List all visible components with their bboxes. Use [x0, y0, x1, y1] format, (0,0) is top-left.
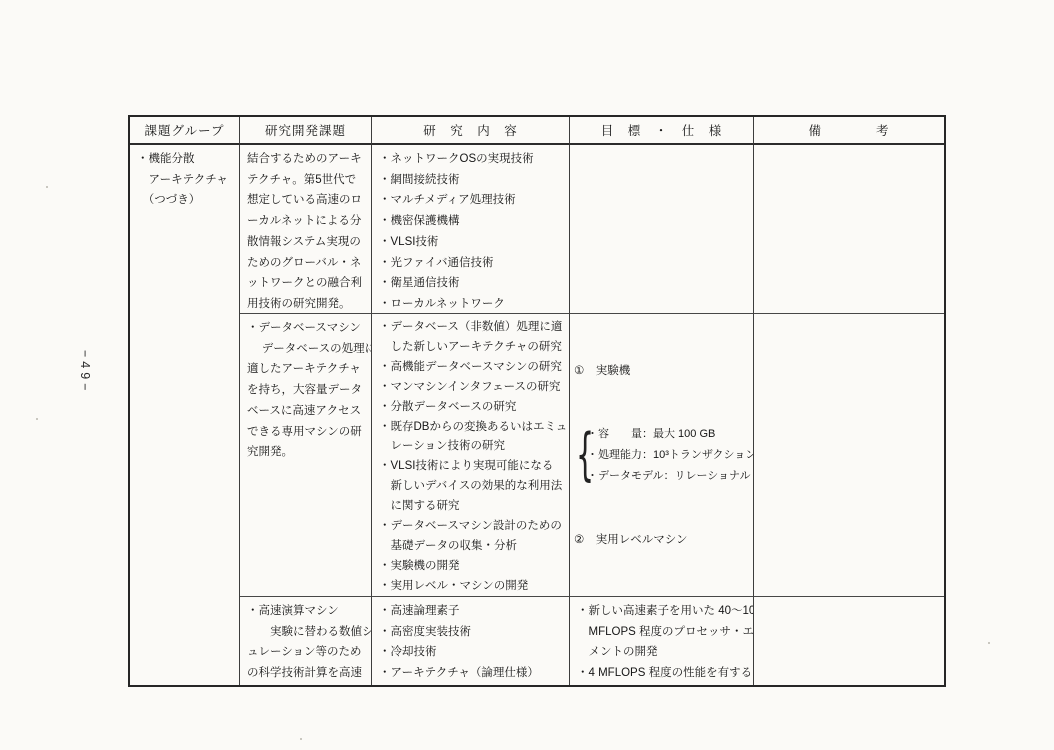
text-line: 散情報システム実現の [247, 232, 369, 253]
col-header-topic-group: 課題グループ [130, 117, 240, 145]
text-line: ・マルチメディア処理技術 [379, 190, 567, 211]
text-line: データベースの処理に [247, 339, 369, 360]
research-content-cell-3: ・高速論理素子・高密度実装技術・冷却技術・アーキテクチャ（論理仕様） [372, 597, 570, 685]
text-line: ・高密度実装技術 [379, 622, 567, 643]
page-number: −49− [78, 350, 92, 395]
text-line: ・衛星通信技術 [379, 273, 567, 294]
text-line: 適したアーキテクチャ [247, 359, 369, 380]
text-line: ・4 MFLOPS 程度の性能を有する [577, 663, 751, 684]
goal-spec-cell-2: ① 実験機 { ・容 量：最大 100 GB・処理能力：10³トランザクション/… [570, 314, 754, 597]
text-line: アーキテクチャ [137, 170, 237, 191]
text-line: に関する研究 [379, 497, 567, 517]
col-header-research-content: 研 究 内 容 [372, 117, 570, 145]
text-line: ・高機能データベースマシンの研究 [379, 358, 567, 378]
text-line: ・機密保護機構 [379, 211, 567, 232]
text-line: 基礎データの収集・分析 [379, 537, 567, 557]
research-content-cell-1: ・ネットワークOSの実現技術・網間接続技術・マルチメディア処理技術・機密保護機構… [372, 145, 570, 314]
text-line: ーカルネットによる分 [247, 211, 369, 232]
text-line: ・冷却技術 [379, 642, 567, 663]
practical-machine-title: ② 実用レベルマシン [574, 529, 751, 551]
text-line: 実験に替わる数値シミ [247, 622, 369, 643]
text-line: MFLOPS 程度のプロセッサ・エレ [577, 622, 751, 643]
remarks-cell-2 [754, 314, 944, 597]
text-line: ・VLSI技術 [379, 232, 567, 253]
spec-line: ・容 量：最大 100 GB [587, 424, 754, 445]
col-header-goal-spec: 目 標 ・ 仕 様 [570, 117, 754, 145]
text-line: ・データベースマシン [247, 318, 369, 339]
research-content-cell-2: ・データベース（非数値）処理に適 した新しいアーキテクチャの研究・高機能データベ… [372, 314, 570, 597]
text-line: ためのグローバル・ネ [247, 253, 369, 274]
topic-group-cell: ・機能分散 アーキテクチャ （つづき） [130, 145, 240, 685]
text-line: ベースに高速アクセス [247, 401, 369, 422]
text-line: ・新しい高速素子を用いた 40～100 [577, 601, 751, 622]
scan-speckle [988, 642, 990, 644]
text-line: ・データベース（非数値）処理に適 [379, 318, 567, 338]
text-line: 想定している高速のロ [247, 190, 369, 211]
text-line: メントの開発 [577, 642, 751, 663]
text-line: ・マンマシンインタフェースの研究 [379, 378, 567, 398]
rd-plan-table: 課題グループ 研究開発課題 研 究 内 容 目 標 ・ 仕 様 備 考 ・機能分… [128, 115, 946, 687]
text-line: ・データベースマシン設計のための [379, 517, 567, 537]
text-line: ・高速論理素子 [379, 601, 567, 622]
rd-topic-cell-2: ・データベースマシン データベースの処理に適したアーキテクチャを持ち，大容量デー… [240, 314, 372, 597]
scan-speckle [46, 186, 48, 188]
spec-line: ・データモデル：リレーショナル [587, 466, 754, 487]
col-header-rd-topic: 研究開発課題 [240, 117, 372, 145]
text-line: ・アーキテクチャ（論理仕様） [379, 663, 567, 684]
text-line: 用技術の研究開発。 [247, 294, 369, 314]
scanned-document-page: −49− 課題グループ 研究開発課題 研 究 内 容 目 標 ・ 仕 様 備 考… [0, 0, 1054, 750]
remarks-cell-3 [754, 597, 944, 685]
text-line: 結合するためのアーキ [247, 149, 369, 170]
remarks-cell-1 [754, 145, 944, 314]
text-line: テクチャ。第5世代で [247, 170, 369, 191]
scan-speckle [36, 418, 38, 420]
text-line: ・実験機の開発 [379, 557, 567, 577]
text-line: 新しいデバイスの効果的な利用法 [379, 477, 567, 497]
text-line: できる専用マシンの研 [247, 422, 369, 443]
text-line: ュレーション等のため [247, 642, 369, 663]
text-line: ・網間接続技術 [379, 170, 567, 191]
text-line: ・機能分散 [137, 149, 237, 170]
experimental-machine-specs: { ・容 量：最大 100 GB・処理能力：10³トランザクション/秒・データモ… [576, 424, 751, 487]
text-line: ・分散データベースの研究 [379, 398, 567, 418]
text-line: （つづき） [137, 190, 237, 211]
text-line: 究開発。 [247, 442, 369, 463]
text-line: レーション技術の研究 [379, 437, 567, 457]
text-line: した新しいアーキテクチャの研究 [379, 338, 567, 358]
text-line: ・高速演算マシン [247, 601, 369, 622]
text-line: ・ローカルネットワーク [379, 294, 567, 314]
text-line: ・VLSI技術により実現可能になる [379, 457, 567, 477]
goal-spec-cell-3: ・新しい高速素子を用いた 40～100 MFLOPS 程度のプロセッサ・エレ メ… [570, 597, 754, 685]
text-line: ・ネットワークOSの実現技術 [379, 149, 567, 170]
text-line: ・実用レベル・マシンの開発 [379, 577, 567, 597]
left-brace-glyph: { [576, 424, 582, 487]
text-line: の科学技術計算を高速 [247, 663, 369, 684]
text-line: ・光ファイバ通信技術 [379, 253, 567, 274]
rd-topic-cell-3: ・高速演算マシン 実験に替わる数値シミュレーション等のための科学技術計算を高速 [240, 597, 372, 685]
scan-speckle [300, 738, 302, 740]
text-line: ットワークとの融合利 [247, 273, 369, 294]
spec-line: ・処理能力：10³トランザクション/秒 [587, 445, 754, 466]
rd-topic-cell-1: 結合するためのアーキテクチャ。第5世代で想定している高速のローカルネットによる分… [240, 145, 372, 314]
goal-spec-cell-1 [570, 145, 754, 314]
col-header-remarks: 備 考 [754, 117, 944, 145]
experimental-machine-title: ① 実験機 [574, 360, 751, 382]
text-line: を持ち，大容量データ [247, 380, 369, 401]
text-line: ・既存DBからの変換あるいはエミュ [379, 418, 567, 438]
